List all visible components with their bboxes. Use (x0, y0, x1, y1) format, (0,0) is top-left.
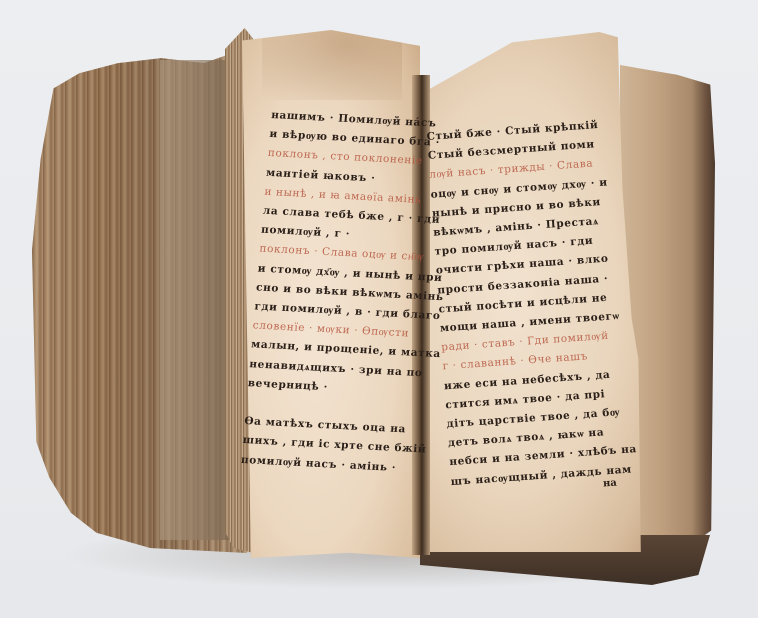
water-stain (262, 30, 402, 100)
right-page-text: Стый бже · Стый крѣпкій Стый безсмертный… (426, 115, 639, 492)
catchword: на (603, 478, 618, 490)
left-page-stack-shade (160, 60, 230, 540)
book-photo: нашимъ · Помилѹй на́съ и вѣрѹю во единаг… (0, 0, 758, 618)
